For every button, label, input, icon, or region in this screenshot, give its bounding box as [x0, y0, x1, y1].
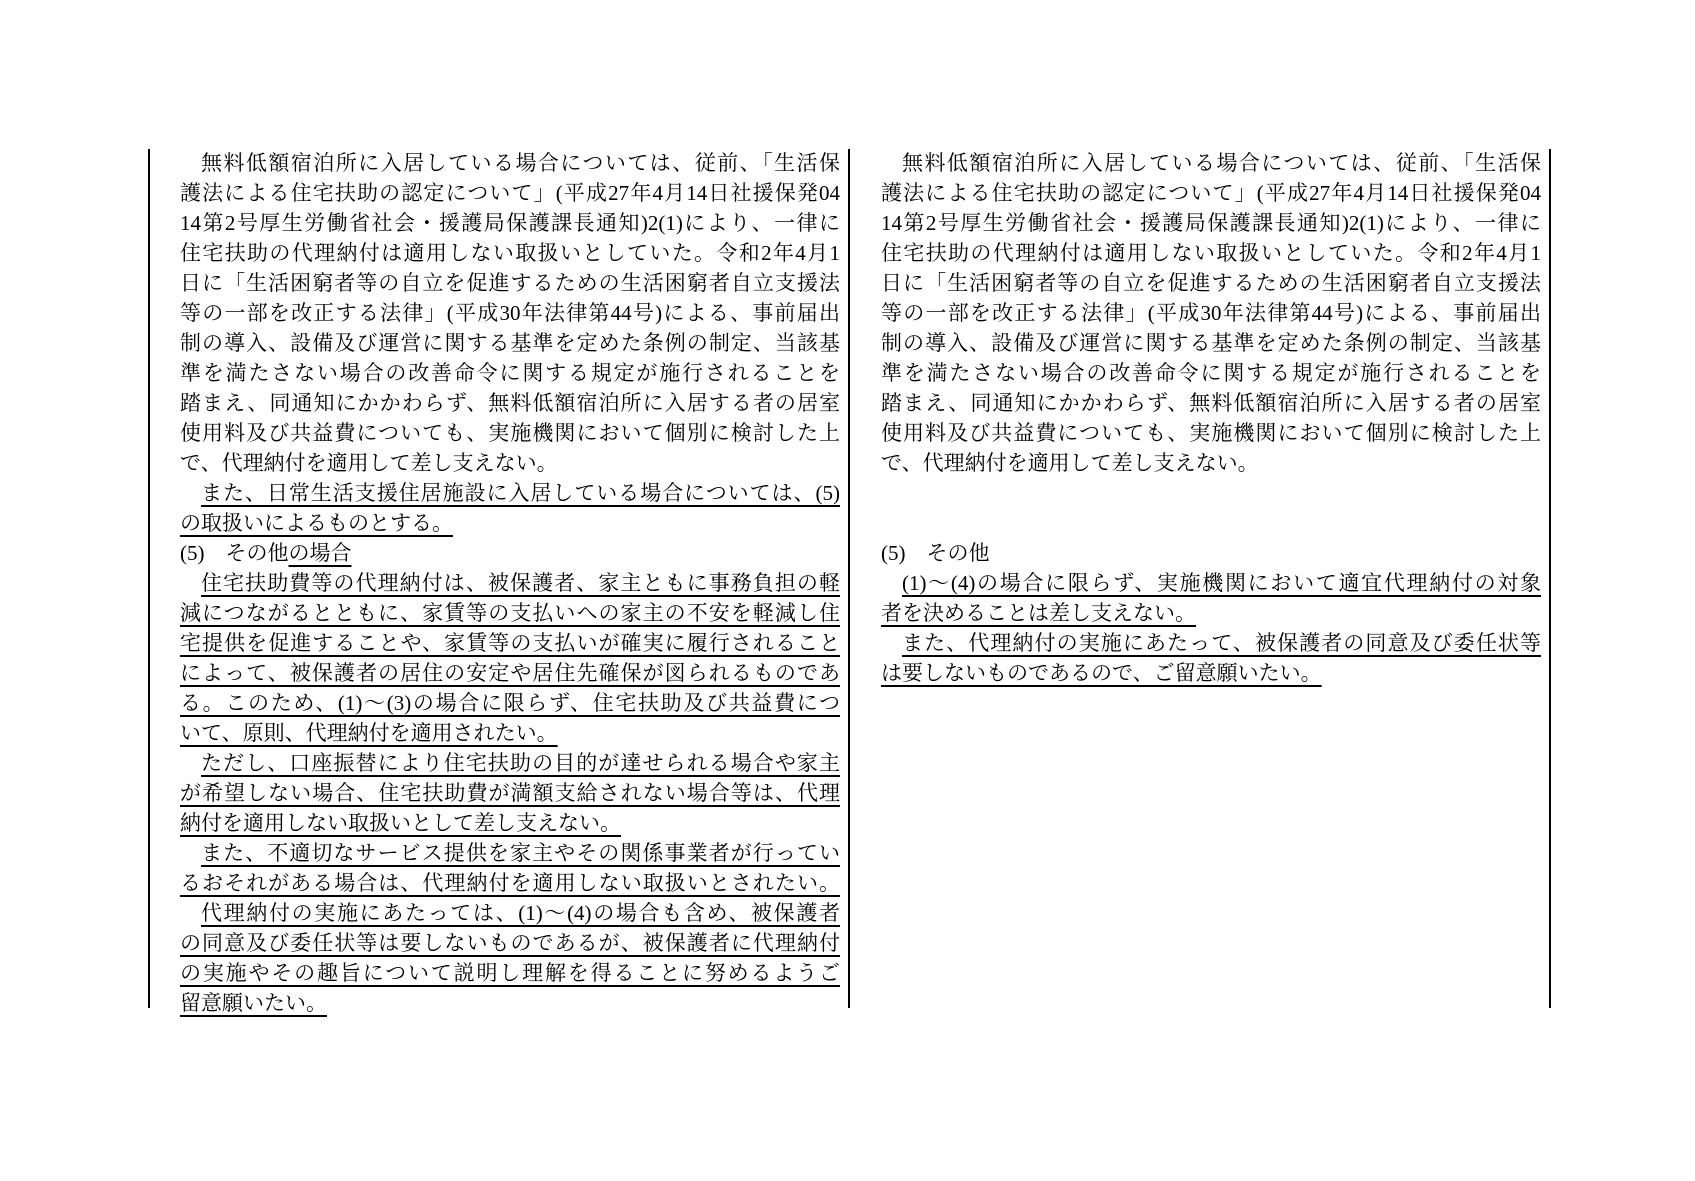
text-line: また、代理納付の実施にあたって、被保護者の同意及び委任状等 [881, 628, 1541, 658]
text-line: 代理納付の実施にあたっては、(1)～(4)の場合も含め、被保護者 [180, 898, 840, 928]
text-line: で、代理納付を適用して差し支えない。 [881, 448, 1541, 478]
text-line: 準を満たさない場合の改善命令に関する規定が施行されることを [180, 358, 840, 388]
underlined-text-segment: の場合 [289, 541, 352, 565]
text-line: 無料低額宿泊所に入居している場合については、従前、「生活保 [180, 148, 840, 178]
text-segment: 使用料及び共益費についても、実施機関において個別に検討した上 [180, 421, 840, 445]
text-segment: 護法による住宅扶助の認定について」(平成27年4月14日社援保発04 [180, 181, 840, 205]
text-segment: 日に「生活困窮者等の自立を促進するための生活困窮者自立支援法 [180, 271, 840, 295]
text-line: 減につながるとともに、家賃等の支払いへの家主の不安を軽減し住 [180, 598, 840, 628]
text-segment: で、代理納付を適用して差し支えない。 [881, 451, 1259, 475]
text-line: (1)～(4)の場合に限らず、実施機関において適宜代理納付の対象 [881, 568, 1541, 598]
text-line: 14第2号厚生労働省社会・援護局保護課長通知)2(1)により、一律に [881, 208, 1541, 238]
underlined-text-segment: いて、原則、代理納付を適用されたい。 [180, 721, 558, 745]
text-line: いて、原則、代理納付を適用されたい。 [180, 718, 840, 748]
text-line [881, 508, 1541, 538]
text-segment: (5) その他 [180, 541, 289, 565]
text-segment: で、代理納付を適用して差し支えない。 [180, 451, 558, 475]
left-column-text: 無料低額宿泊所に入居している場合については、従前、「生活保護法による住宅扶助の認… [180, 148, 840, 1018]
text-line: また、日常生活支援住居施設に入居している場合については、(5) [180, 478, 840, 508]
text-line [881, 478, 1541, 508]
text-line: は要しないものであるので、ご留意願いたい。 [881, 658, 1541, 688]
text-segment: 日に「生活困窮者等の自立を促進するための生活困窮者自立支援法 [881, 271, 1541, 295]
underlined-text-segment: また、代理納付の実施にあたって、被保護者の同意及び委任状等 [902, 631, 1541, 655]
text-segment: 14第2号厚生労働省社会・援護局保護課長通知)2(1)により、一律に [881, 211, 1541, 235]
underlined-text-segment: 納付を適用しない取扱いとして差し支えない。 [180, 811, 621, 835]
text-line: の取扱いによるものとする。 [180, 508, 840, 538]
table-left-border-line [148, 149, 150, 1008]
underlined-text-segment: の同意及び委任状等は要しないものであるが、被保護者に代理納付 [180, 931, 840, 955]
underlined-text-segment: の実施やその趣旨について説明し理解を得ることに努めるようご [180, 961, 840, 985]
text-line: また、不適切なサービス提供を家主やその関係事業者が行ってい [180, 838, 840, 868]
text-line: (5) その他の場合 [180, 538, 840, 568]
text-line: 日に「生活困窮者等の自立を促進するための生活困窮者自立支援法 [180, 268, 840, 298]
text-line: の同意及び委任状等は要しないものであるが、被保護者に代理納付 [180, 928, 840, 958]
underlined-text-segment: 住宅扶助費等の代理納付は、被保護者、家主ともに事務負担の軽 [201, 571, 840, 595]
underlined-text-segment: 者を決めることは差し支えない。 [881, 601, 1196, 625]
underlined-text-segment: (1)～(4)の場合に限らず、実施機関において適宜代理納付の対象 [902, 571, 1541, 595]
text-line: 無料低額宿泊所に入居している場合については、従前、「生活保 [881, 148, 1541, 178]
text-line: 住宅扶助の代理納付は適用しない取扱いとしていた。令和2年4月1 [881, 238, 1541, 268]
text-line: 制の導入、設備及び運営に関する基準を定めた条例の制定、当該基 [180, 328, 840, 358]
text-segment: 無料低額宿泊所に入居している場合については、従前、「生活保 [201, 151, 840, 175]
text-segment: 14第2号厚生労働省社会・援護局保護課長通知)2(1)により、一律に [180, 211, 840, 235]
text-line: で、代理納付を適用して差し支えない。 [180, 448, 840, 478]
text-line: 日に「生活困窮者等の自立を促進するための生活困窮者自立支援法 [881, 268, 1541, 298]
text-segment: 踏まえ、同通知にかかわらず、無料低額宿泊所に入居する者の居室 [881, 391, 1541, 415]
underlined-text-segment: が希望しない場合、住宅扶助費が満額支給されない場合等は、代理 [180, 781, 840, 805]
text-segment: (5) その他 [881, 541, 990, 565]
underlined-text-segment: の取扱いによるものとする。 [180, 511, 453, 535]
text-segment: 踏まえ、同通知にかかわらず、無料低額宿泊所に入居する者の居室 [180, 391, 840, 415]
text-line: 等の一部を改正する法律」(平成30年法律第44号)による、事前届出 [180, 298, 840, 328]
text-line: 制の導入、設備及び運営に関する基準を定めた条例の制定、当該基 [881, 328, 1541, 358]
text-line: によって、被保護者の居住の安定や居住先確保が図られるものであ [180, 658, 840, 688]
text-segment: 護法による住宅扶助の認定について」(平成27年4月14日社援保発04 [881, 181, 1541, 205]
text-segment: 制の導入、設備及び運営に関する基準を定めた条例の制定、当該基 [180, 331, 840, 355]
text-line: 準を満たさない場合の改善命令に関する規定が施行されることを [881, 358, 1541, 388]
underlined-text-segment: また、不適切なサービス提供を家主やその関係事業者が行ってい [201, 841, 840, 865]
text-segment: 等の一部を改正する法律」(平成30年法律第44号)による、事前届出 [881, 301, 1541, 325]
text-line: 護法による住宅扶助の認定について」(平成27年4月14日社援保発04 [180, 178, 840, 208]
text-segment: 制の導入、設備及び運営に関する基準を定めた条例の制定、当該基 [881, 331, 1541, 355]
underlined-text-segment: は要しないものであるので、ご留意願いたい。 [881, 661, 1322, 685]
right-column-text: 無料低額宿泊所に入居している場合については、従前、「生活保護法による住宅扶助の認… [881, 148, 1541, 688]
text-line: の実施やその趣旨について説明し理解を得ることに努めるようご [180, 958, 840, 988]
text-segment: 準を満たさない場合の改善命令に関する規定が施行されることを [180, 361, 840, 385]
underlined-text-segment: また、日常生活支援住居施設に入居している場合については、(5) [201, 481, 840, 505]
text-line: る。このため、(1)～(3)の場合に限らず、住宅扶助及び共益費につ [180, 688, 840, 718]
text-segment: 無料低額宿泊所に入居している場合については、従前、「生活保 [902, 151, 1541, 175]
underlined-text-segment: るおそれがある場合は、代理納付を適用しない取扱いとされたい。 [180, 871, 840, 895]
underlined-text-segment: 代理納付の実施にあたっては、(1)～(4)の場合も含め、被保護者 [201, 901, 840, 925]
underlined-text-segment: 留意願いたい。 [180, 991, 327, 1015]
text-line: (5) その他 [881, 538, 1541, 568]
text-line: 納付を適用しない取扱いとして差し支えない。 [180, 808, 840, 838]
text-line: ただし、口座振替により住宅扶助の目的が達せられる場合や家主 [180, 748, 840, 778]
text-line: 住宅扶助の代理納付は適用しない取扱いとしていた。令和2年4月1 [180, 238, 840, 268]
table-column-divider-line [848, 149, 850, 1008]
text-line: るおそれがある場合は、代理納付を適用しない取扱いとされたい。 [180, 868, 840, 898]
text-segment: 住宅扶助の代理納付は適用しない取扱いとしていた。令和2年4月1 [180, 241, 840, 265]
text-line: 宅提供を促進することや、家賃等の支払いが確実に履行されること [180, 628, 840, 658]
underlined-text-segment: 宅提供を促進することや、家賃等の支払いが確実に履行されること [180, 631, 840, 655]
text-line: 14第2号厚生労働省社会・援護局保護課長通知)2(1)により、一律に [180, 208, 840, 238]
text-line: 住宅扶助費等の代理納付は、被保護者、家主ともに事務負担の軽 [180, 568, 840, 598]
text-segment: 準を満たさない場合の改善命令に関する規定が施行されることを [881, 361, 1541, 385]
text-line: 踏まえ、同通知にかかわらず、無料低額宿泊所に入居する者の居室 [180, 388, 840, 418]
underlined-text-segment: る。このため、(1)～(3)の場合に限らず、住宅扶助及び共益費につ [180, 691, 840, 715]
underlined-text-segment: によって、被保護者の居住の安定や居住先確保が図られるものであ [180, 661, 840, 685]
text-segment: 等の一部を改正する法律」(平成30年法律第44号)による、事前届出 [180, 301, 840, 325]
text-line: 踏まえ、同通知にかかわらず、無料低額宿泊所に入居する者の居室 [881, 388, 1541, 418]
text-line: 使用料及び共益費についても、実施機関において個別に検討した上 [180, 418, 840, 448]
underlined-text-segment: 減につながるとともに、家賃等の支払いへの家主の不安を軽減し住 [180, 601, 840, 625]
text-segment: 使用料及び共益費についても、実施機関において個別に検討した上 [881, 421, 1541, 445]
text-line: 等の一部を改正する法律」(平成30年法律第44号)による、事前届出 [881, 298, 1541, 328]
text-line: 者を決めることは差し支えない。 [881, 598, 1541, 628]
document-page: 無料低額宿泊所に入居している場合については、従前、「生活保護法による住宅扶助の認… [0, 0, 1695, 1181]
underlined-text-segment: ただし、口座振替により住宅扶助の目的が達せられる場合や家主 [201, 751, 840, 775]
text-line: 護法による住宅扶助の認定について」(平成27年4月14日社援保発04 [881, 178, 1541, 208]
table-right-border-line [1549, 149, 1551, 1008]
text-line: が希望しない場合、住宅扶助費が満額支給されない場合等は、代理 [180, 778, 840, 808]
text-line: 留意願いたい。 [180, 988, 840, 1018]
text-line: 使用料及び共益費についても、実施機関において個別に検討した上 [881, 418, 1541, 448]
text-segment: 住宅扶助の代理納付は適用しない取扱いとしていた。令和2年4月1 [881, 241, 1541, 265]
